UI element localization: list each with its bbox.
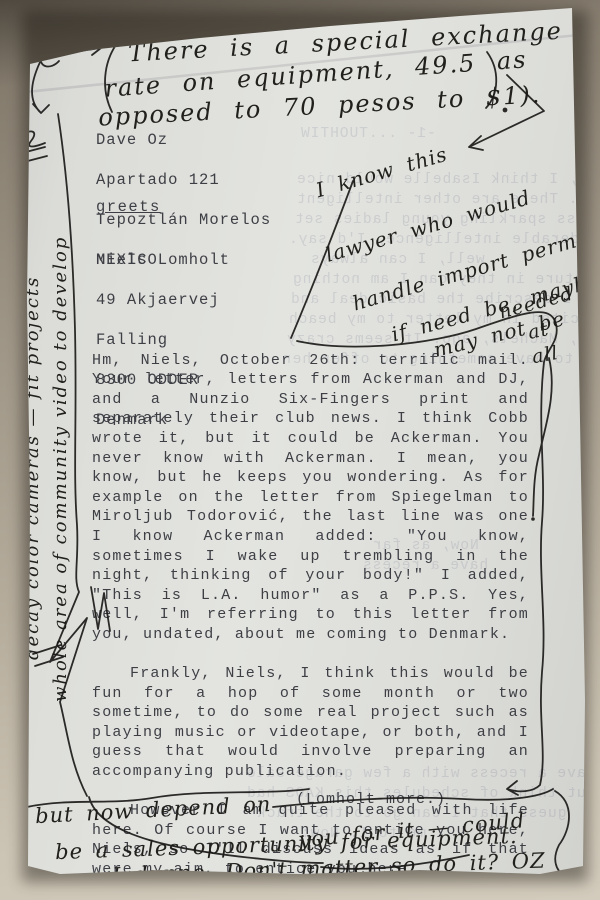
recipient-line: 49 Akjaervej [96, 290, 230, 310]
salutation: greets [96, 198, 161, 216]
recipient-line: Niels Lomholt [96, 250, 230, 270]
bleedthrough-line: -1- ...TUOHTIW [300, 126, 436, 142]
handwritten-lawyer-note-tail: all [530, 342, 560, 368]
continuation-note: (Lomholt-more.) [296, 791, 446, 808]
ink-needed-tail [533, 358, 552, 516]
ink-right-brace [555, 791, 569, 877]
handwritten-lawyer-note-tail: at [526, 318, 551, 344]
photo-of-letter: -1- ...TUOHTIWWell, I think Isabelle wou… [0, 0, 600, 900]
letter-paper: -1- ...TUOHTIWWell, I think Isabelle wou… [0, 0, 600, 900]
body-paragraph: Frankly, Niels, I think this would be fu… [92, 664, 529, 782]
sender-line: Apartado 121 [96, 170, 271, 190]
ink-needed-tail-dot [531, 517, 535, 521]
sender-line: Dave Oz [96, 130, 271, 150]
body-paragraph: Hm, Niels, October 26th: terrific mail. … [92, 351, 529, 645]
handwritten-margin-note-inner: whole area of community video to develop [50, 236, 71, 702]
